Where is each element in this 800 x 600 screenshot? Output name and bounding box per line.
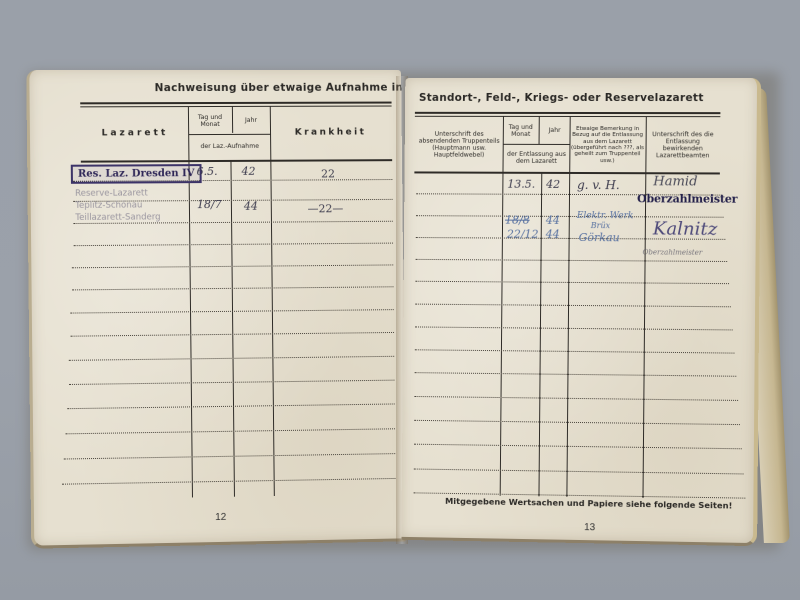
entry-2-bemerkung-line-3: Görkau (579, 231, 620, 244)
header-aufnahme: der Laz.-Aufnahme (189, 135, 270, 159)
row-line (415, 326, 733, 330)
header-rule-bottom (81, 159, 392, 162)
row-line (414, 444, 742, 450)
oberzahlmeister-stamp: Oberzahlmeister (637, 192, 737, 205)
lazarett-stamp-line-2: Teplitz-Schönau (75, 200, 142, 210)
row-line (69, 380, 394, 385)
row-line (414, 469, 744, 475)
header-rule-top (80, 102, 391, 105)
row-line (64, 453, 395, 459)
row-line (66, 428, 395, 434)
entry-2-signature-note: Oberzahlmeister (643, 248, 703, 256)
row-line (415, 281, 729, 284)
col-divider-2 (230, 160, 235, 497)
entry-1-jahr: 42 (241, 165, 255, 178)
entry-2-jahr: 44 (546, 228, 560, 241)
page-number-right: 13 (584, 522, 595, 533)
page-number-left: 12 (215, 512, 226, 523)
col-divider-4 (642, 117, 646, 498)
col-divider-3 (566, 117, 570, 497)
row-line (414, 420, 740, 425)
right-page: Standort-, Feld-, Kriegs- oder Reservela… (401, 78, 761, 546)
entry-1-krankheit: 22 (321, 167, 335, 180)
entry-2-bemerkung-line-1: Elektr. Werk (577, 211, 634, 221)
entry-2-tag-monat: 18/7 (197, 198, 222, 211)
col-divider-2 (538, 172, 542, 496)
header-krankheit: Krankheit (271, 108, 390, 160)
col-divider-1 (500, 117, 504, 496)
entry-2-bemerkung-line-2: Brüx (591, 221, 610, 230)
header-jahr: Jahr (540, 118, 570, 144)
entry-2-krankheit: —22— (308, 202, 344, 215)
entry-2-tag-monat: 22/12 (507, 228, 539, 241)
left-page: Nachweisung über etwaige Aufnahme in ein… (26, 70, 406, 549)
entry-1-tag-monat: 13.5. (507, 178, 535, 191)
footer-note: Mitgegebene Wertsachen und Papiere siehe… (445, 496, 732, 511)
row-line (415, 372, 737, 377)
right-page-title: Standort-, Feld-, Kriegs- oder Reservela… (419, 92, 704, 104)
entry-2-tag-monat-struck: 18/8 (505, 214, 530, 227)
header-jahr: Jahr (233, 108, 269, 134)
row-line (414, 396, 738, 401)
entry-1-jahr: 42 (546, 178, 560, 191)
row-line (74, 243, 393, 247)
lazarett-stamp-line-3: Teillazarett-Sanderg (75, 212, 160, 223)
lazarett-stamp-line-1: Reserve-Lazarett (75, 188, 148, 198)
entry-1-signature: Hamid (653, 174, 697, 189)
row-line (62, 478, 395, 485)
header-unterschrift-truppenteil: Unterschrift des absendenden Truppenteil… (416, 118, 502, 172)
header-lazarett: Lazarett (82, 108, 187, 161)
entry-2-jahr-struck: 44 (546, 214, 560, 227)
header-bemerkung: Etwaige Bemerkung in Bezug auf die Entla… (570, 118, 645, 172)
row-line (69, 356, 394, 361)
header-tag-monat: Tag und Monat (504, 118, 538, 144)
entry-1-tag-monat: 6.5. (197, 165, 218, 178)
row-line (416, 259, 728, 262)
row-line (67, 403, 394, 409)
row-line (415, 304, 731, 308)
lazarett-stamp-dresden: Res. Laz. Dresden IV (71, 164, 202, 184)
entry-2-signature: Kalnitz (653, 218, 718, 239)
entry-1-bemerkung: g. v. H. (577, 178, 620, 192)
header-rule-top (415, 112, 721, 114)
left-page-title: Nachweisung über etwaige Aufnahme in ein (155, 82, 406, 94)
row-line (415, 349, 735, 353)
header-tag-monat: Tag und Monat (189, 108, 231, 134)
header-entlassung: der Entlassung aus dem Lazarett (503, 145, 569, 171)
header-unterschrift-beamten: Unterschrift des die Entlassung bewirken… (646, 118, 719, 172)
col-divider-3 (270, 107, 275, 496)
entry-2-jahr: 44 (244, 200, 258, 213)
